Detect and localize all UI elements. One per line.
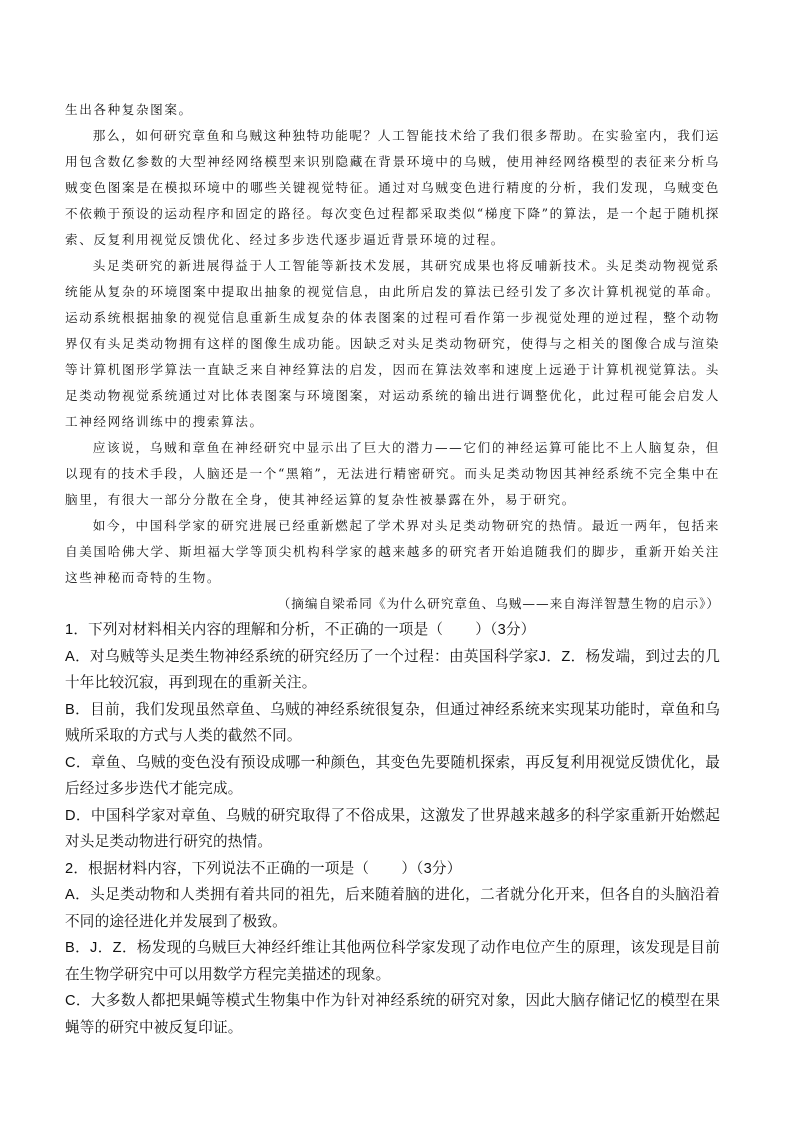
passage-paragraph: 那么，如何研究章鱼和乌贼这种独特功能呢？人工智能技术给了我们很多帮助。在实验室内… (65, 123, 720, 253)
option-b: B．J．Z．杨发现的乌贼巨大神经纤维让其他两位科学家发现了动作电位产生的原理，该… (65, 935, 720, 988)
question-score: ）（3分） (401, 861, 461, 877)
passage-paragraph: 如今，中国科学家的研究进展已经重新燃起了学术界对头足类动物研究的热情。最近一两年… (65, 513, 720, 591)
option-b: B．目前，我们发现虽然章鱼、乌贼的神经系统很复杂，但通过神经系统来实现某功能时，… (65, 697, 720, 750)
question-stem-text: 2．根据材料内容，下列说法不正确的一项是（ (65, 861, 369, 877)
passage-citation: （摘编自梁希同《为什么研究章鱼、乌贼——来自海洋智慧生物的启示》） (65, 591, 720, 617)
document-page: 生出各种复杂图案。 那么，如何研究章鱼和乌贼这种独特功能呢？人工智能技术给了我们… (65, 97, 720, 1041)
passage-paragraph: 应该说，乌贼和章鱼在神经研究中显示出了巨大的潜力——它们的神经运算可能比不上人脑… (65, 435, 720, 513)
reading-passage: 生出各种复杂图案。 那么，如何研究章鱼和乌贼这种独特功能呢？人工智能技术给了我们… (65, 97, 720, 617)
option-a: A．对乌贼等头足类生物神经系统的研究经历了一个过程：由英国科学家J．Z．杨发端，… (65, 644, 720, 697)
question-score: ）（3分） (475, 622, 535, 638)
option-a: A．头足类动物和人类拥有着共同的祖先，后来随着脑的进化，二者就分化开来，但各自的… (65, 882, 720, 935)
option-d: D．中国科学家对章鱼、乌贼的研究取得了不俗成果，这激发了世界越来越多的科学家重新… (65, 803, 720, 856)
question-stem: 2．根据材料内容，下列说法不正确的一项是（）（3分） (65, 856, 720, 883)
question-list: 1．下列对材料相关内容的理解和分析，不正确的一项是（）（3分） A．对乌贼等头足… (65, 617, 720, 1041)
passage-paragraph: 生出各种复杂图案。 (65, 97, 720, 123)
passage-paragraph: 头足类研究的新进展得益于人工智能等新技术发展，其研究成果也将反哺新技术。头足类动… (65, 253, 720, 435)
question-stem-text: 1．下列对材料相关内容的理解和分析，不正确的一项是（ (65, 622, 443, 638)
question-1: 1．下列对材料相关内容的理解和分析，不正确的一项是（）（3分） A．对乌贼等头足… (65, 617, 720, 856)
option-c: C．章鱼、乌贼的变色没有预设成哪一种颜色，其变色先要随机探索，再反复利用视觉反馈… (65, 750, 720, 803)
option-c: C．大多数人都把果蝇等模式生物集中作为针对神经系统的研究对象，因此大脑存储记忆的… (65, 988, 720, 1041)
question-stem: 1．下列对材料相关内容的理解和分析，不正确的一项是（）（3分） (65, 617, 720, 644)
question-2: 2．根据材料内容，下列说法不正确的一项是（）（3分） A．头足类动物和人类拥有着… (65, 856, 720, 1042)
